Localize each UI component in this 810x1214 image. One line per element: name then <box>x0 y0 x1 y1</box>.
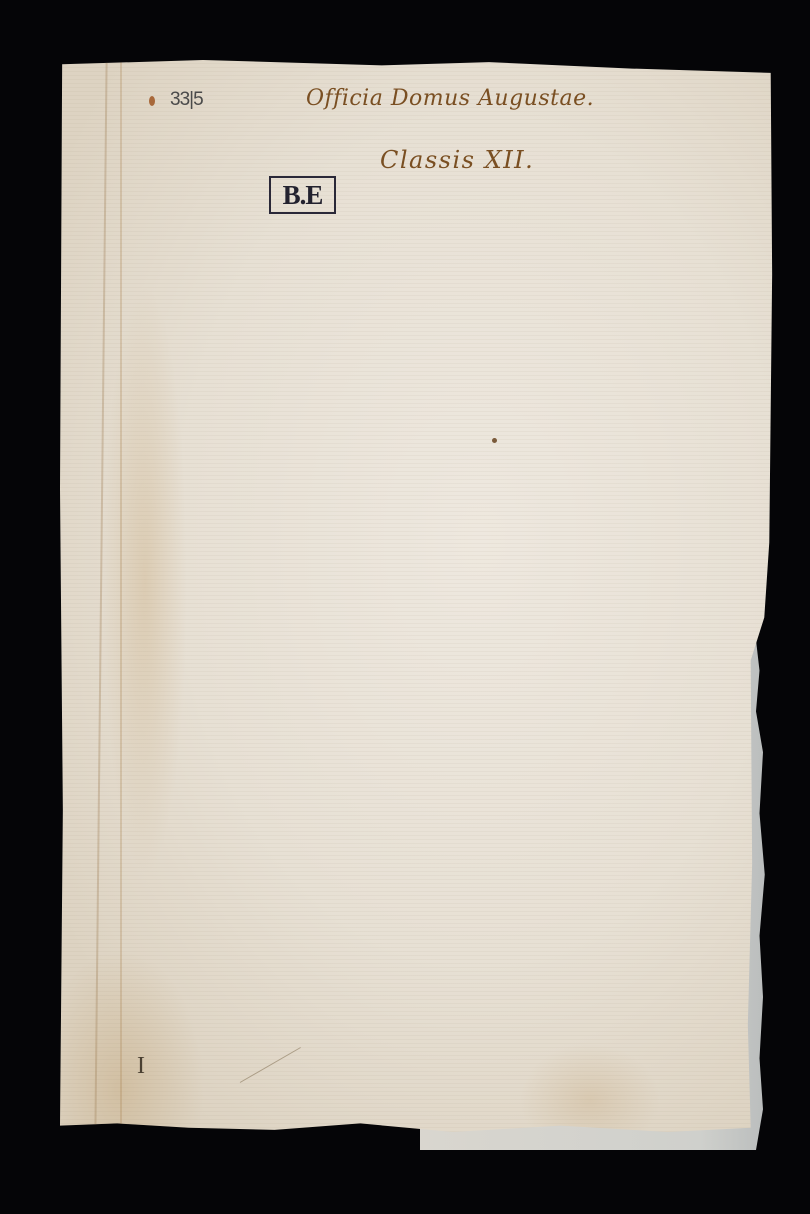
foxing-line <box>120 60 122 1132</box>
folio-number: 33|5 <box>170 89 203 111</box>
manuscript-page: 33|5 Officia Domus Augustae. Classis XII… <box>60 60 775 1132</box>
handwritten-title: Officia Domus Augustae. <box>306 86 594 111</box>
handwritten-class-label: Classis XII. <box>380 146 534 174</box>
fold-crease <box>94 60 107 1132</box>
bottom-mark: I <box>137 1053 145 1080</box>
stamp-text: B.E <box>283 180 323 211</box>
paper-crack <box>240 1047 301 1083</box>
paper-spot <box>492 438 497 443</box>
library-stamp: B.E <box>269 176 336 214</box>
ink-stain <box>149 96 155 106</box>
